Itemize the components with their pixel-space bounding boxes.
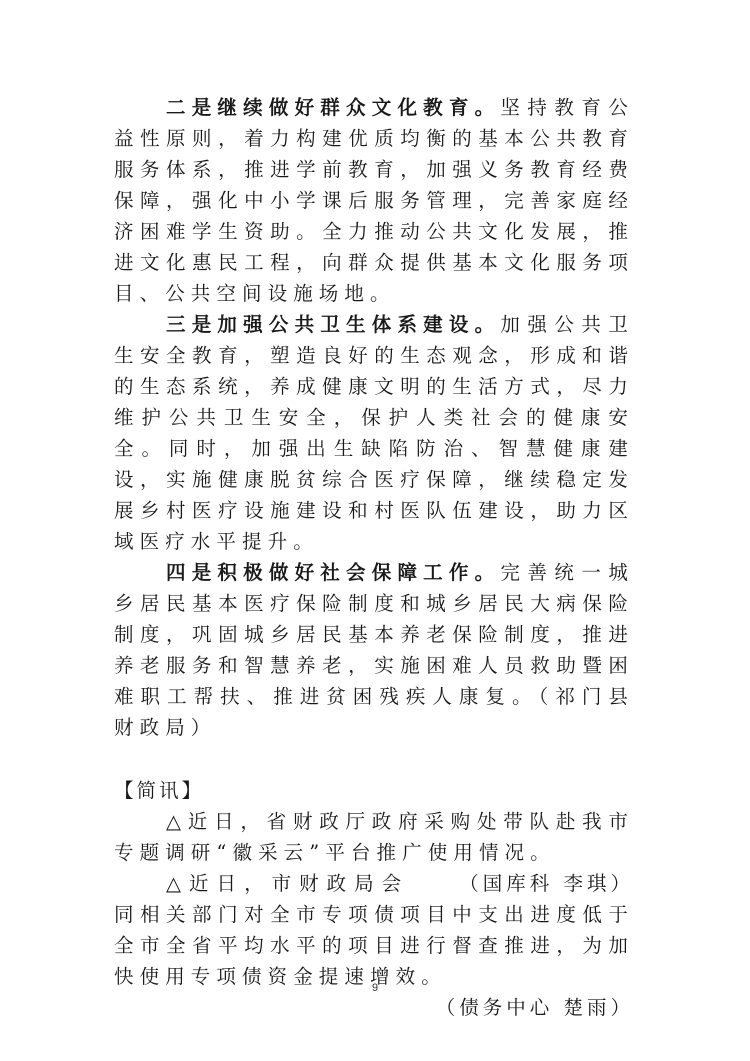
paragraph-body: 加强公共卫生安全教育，塑造良好的生态观念，形成和谐的生态系统，养成健康文明的生活… bbox=[114, 313, 634, 553]
paragraph-social-security: 四是积极做好社会保障工作。完善统一城乡居民基本医疗保险制度和城乡居民大病保险制度… bbox=[114, 557, 634, 743]
page-number: 9 bbox=[0, 982, 750, 994]
brief-source: （债务中心 楚雨） bbox=[384, 992, 634, 1023]
paragraph-public-health: 三是加强公共卫生体系建设。加强公共卫生安全教育，塑造良好的生态观念，形成和谐的生… bbox=[114, 309, 634, 557]
paragraph-heading: 三是加强公共卫生体系建设。 bbox=[166, 313, 500, 336]
paragraph-body: 坚持教育公益性原则，着力构建优质均衡的基本公共教育服务体系，推进学前教育，加强义… bbox=[114, 96, 634, 305]
brief-item: △近日，省财政厅政府采购处带队赴我市专题调研“徽采云”平台推广使用情况。（国库科… bbox=[114, 806, 634, 868]
brief-source: （国库科 李琪） bbox=[407, 868, 634, 899]
paragraph-heading: 四是积极做好社会保障工作。 bbox=[166, 561, 500, 584]
brief-text: △近日，省财政厅政府采购处带队赴我市专题调研“徽采云”平台推广使用情况。 bbox=[114, 810, 634, 864]
briefs-title: 【简讯】 bbox=[114, 775, 634, 806]
paragraph-heading: 二是继续做好群众文化教育。 bbox=[166, 96, 500, 119]
spacer bbox=[114, 743, 634, 775]
paragraph-culture-education: 二是继续做好群众文化教育。坚持教育公益性原则，着力构建优质均衡的基本公共教育服务… bbox=[114, 92, 634, 309]
document-body: 二是继续做好群众文化教育。坚持教育公益性原则，着力构建优质均衡的基本公共教育服务… bbox=[114, 92, 634, 1023]
